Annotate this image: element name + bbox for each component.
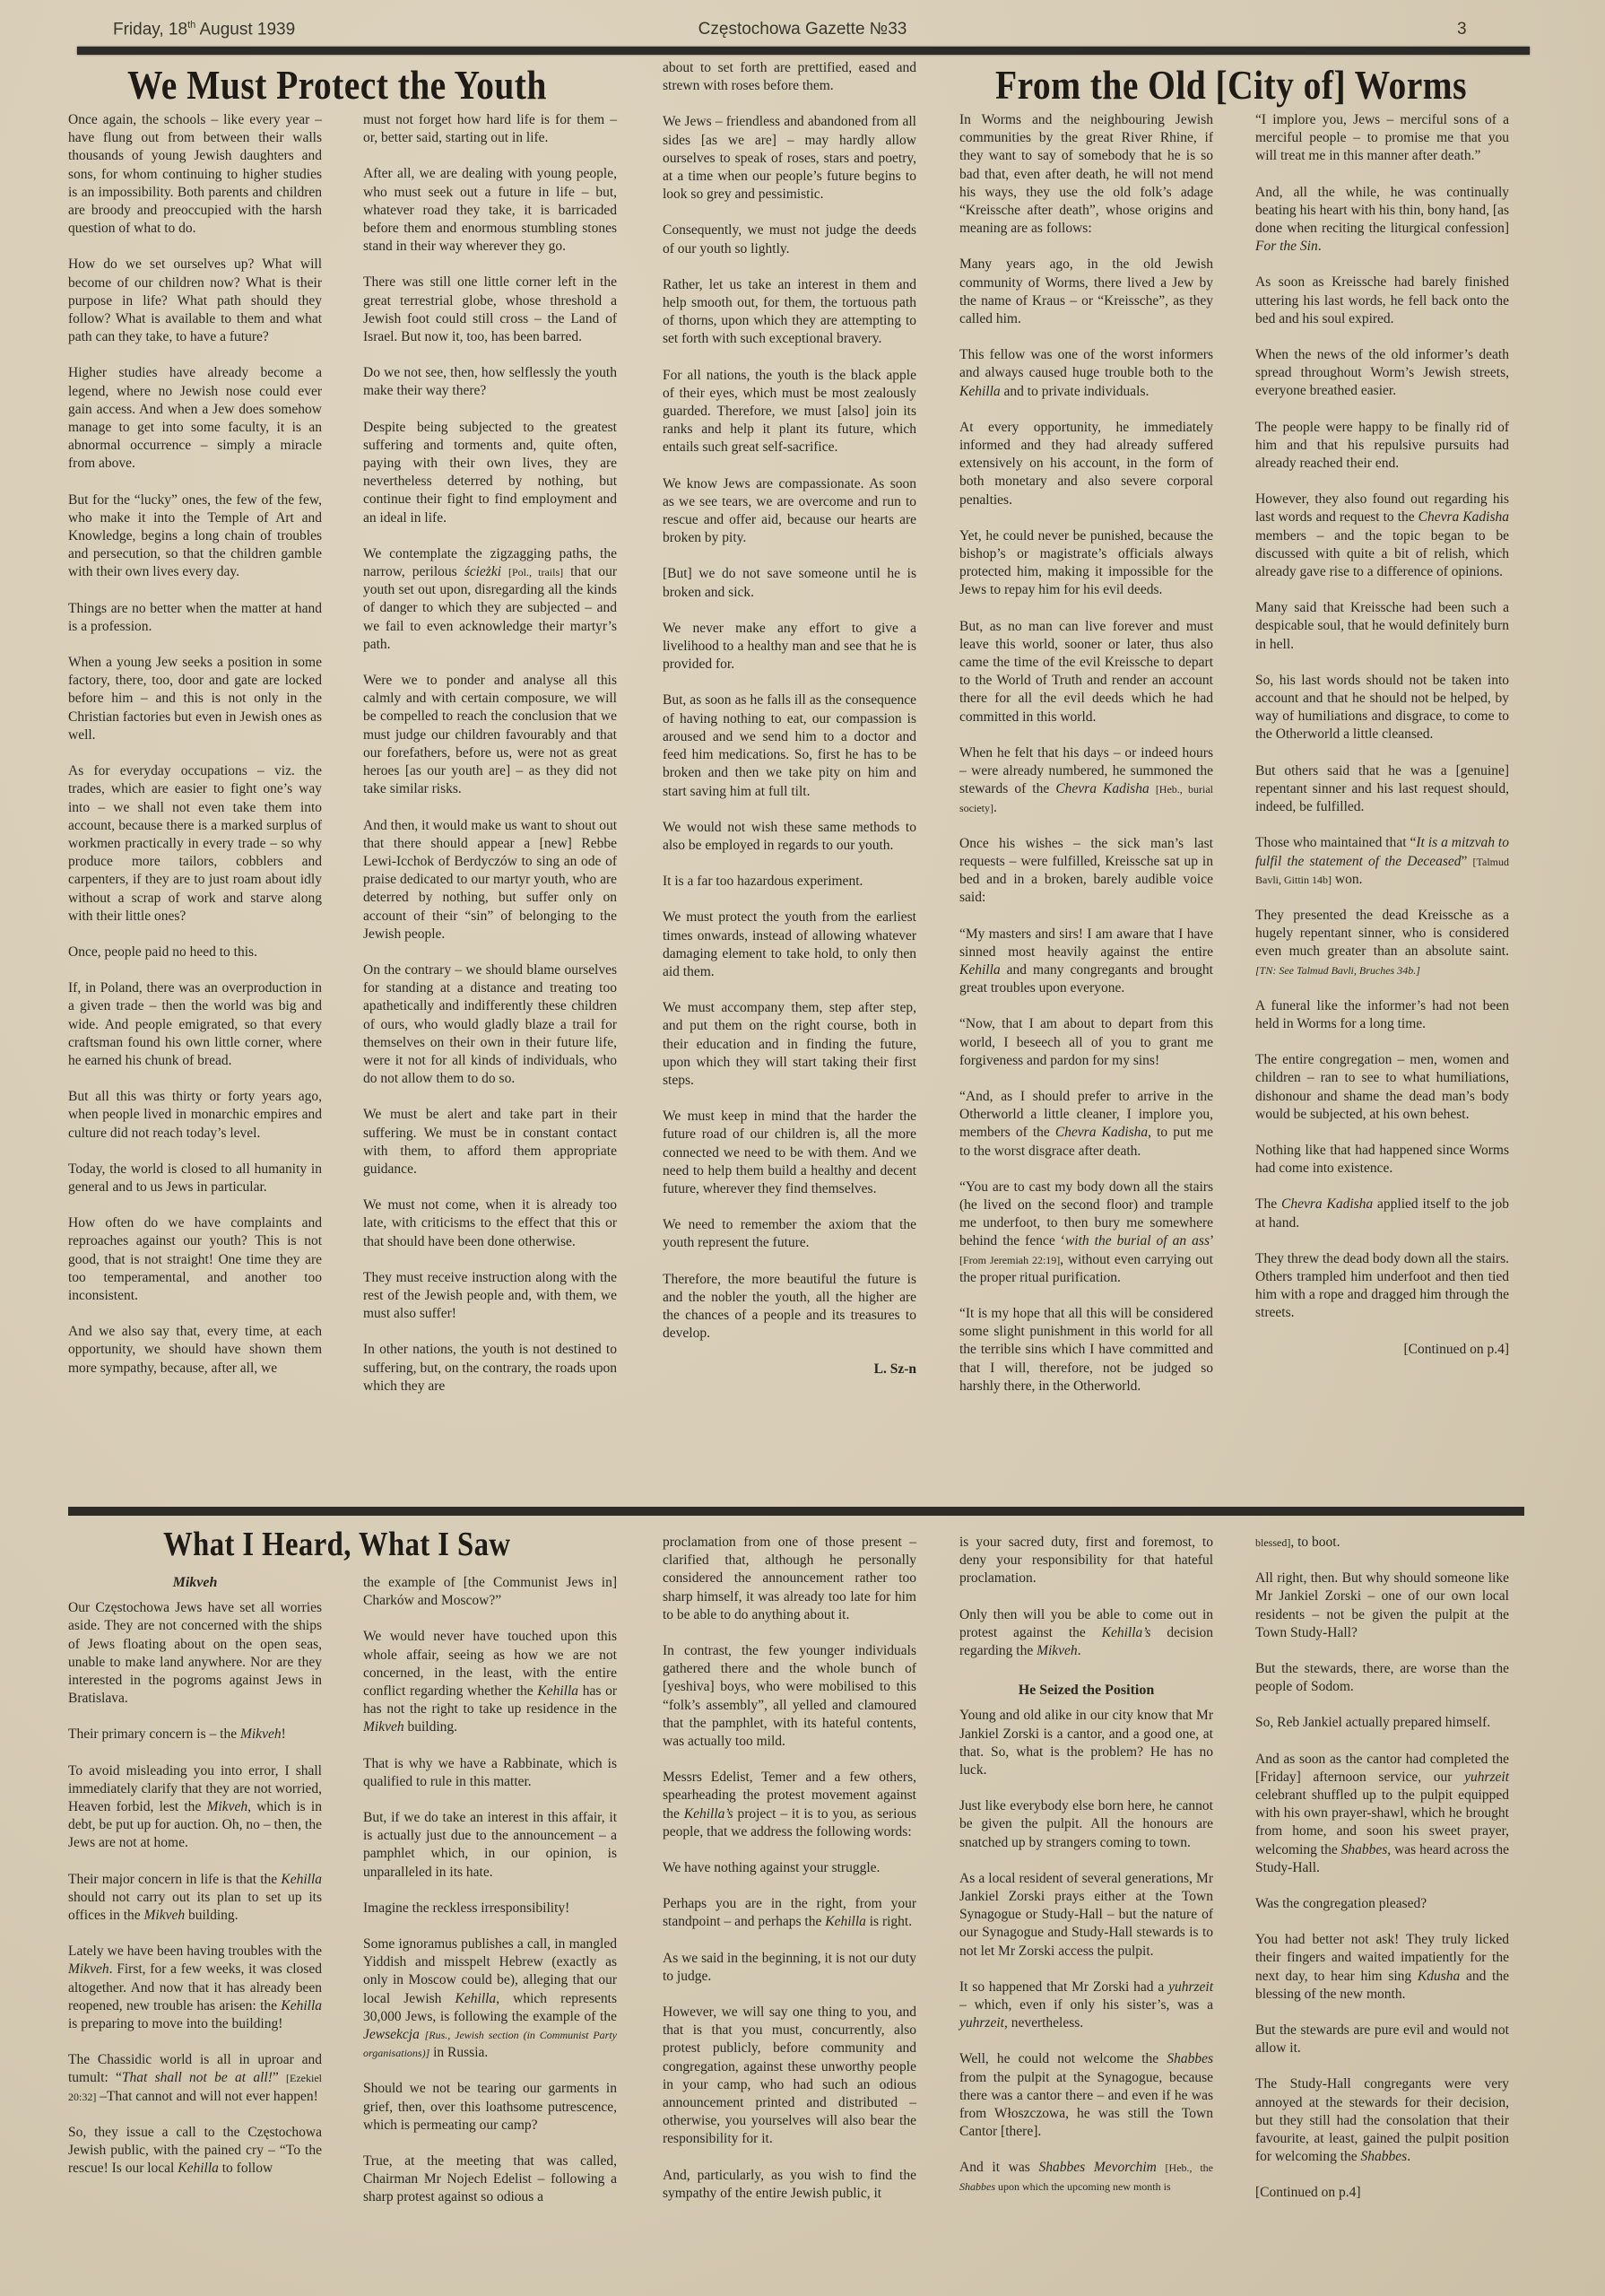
- subheading-mikveh: Mikveh: [68, 1574, 322, 1592]
- publication-name: Częstochowa Gazette №33: [0, 20, 1605, 39]
- paragraph: A funeral like the informer’s had not be…: [1255, 997, 1509, 1033]
- paragraph: Well, he could not welcome the Shabbes f…: [959, 2050, 1213, 2141]
- page-number: 3: [1457, 20, 1467, 39]
- paragraph: When the news of the old informer’s deat…: [1255, 346, 1509, 401]
- subheading-seized-position: He Seized the Position: [959, 1682, 1213, 1700]
- paragraph: They must receive instruction along with…: [363, 1269, 617, 1324]
- paragraph: And, particularly, as you wish to find t…: [663, 2167, 916, 2203]
- paragraph: Imagine the reckless irresponsibility!: [363, 1900, 617, 1918]
- paragraph: Was the congregation pleased?: [1255, 1895, 1509, 1913]
- paragraph: Many said that Kreissche had been such a…: [1255, 599, 1509, 654]
- paragraph: “It is my hope that all this will be con…: [959, 1305, 1213, 1396]
- paragraph: Lately we have been having troubles with…: [68, 1943, 322, 2033]
- paragraph: We must not come, when it is already too…: [363, 1196, 617, 1251]
- paragraph: But for the “lucky” ones, the few of the…: [68, 491, 322, 582]
- heard-column-1: Mikveh Our Częstochowa Jews have set all…: [68, 1574, 322, 2196]
- paragraph: Once again, the schools – like every yea…: [68, 111, 322, 238]
- paragraph: blessed], to boot.: [1255, 1534, 1509, 1552]
- paragraph: And it was Shabbes Mevorchim [Heb., the …: [959, 2159, 1213, 2195]
- paragraph: Nothing like that had happened since Wor…: [1255, 1142, 1509, 1178]
- paragraph: When he felt that his days – or indeed h…: [959, 744, 1213, 817]
- paragraph: But, if we do take an interest in this a…: [363, 1809, 617, 1882]
- article-title-youth: We Must Protect the Youth: [127, 61, 547, 109]
- article-title-heard-saw: What I Heard, What I Saw: [163, 1525, 510, 1564]
- paragraph: Yet, he could never be punished, because…: [959, 527, 1213, 600]
- paragraph: Young and old alike in our city know tha…: [959, 1707, 1213, 1779]
- heard-column-5: blessed], to boot.All right, then. But w…: [1255, 1534, 1509, 2203]
- paragraph: There was still one little corner left i…: [363, 274, 617, 346]
- paragraph: Do we not see, then, how selflessly the …: [363, 364, 617, 400]
- paragraph: That is why we have a Rabbinate, which i…: [363, 1755, 617, 1791]
- paragraph: We Jews – friendless and abandoned from …: [663, 113, 916, 204]
- paragraph: must not forget how hard life is for the…: [363, 111, 617, 147]
- paragraph: But, as no man can live forever and must…: [959, 618, 1213, 726]
- paragraph: Should we not be tearing our garments in…: [363, 2080, 617, 2135]
- paragraph: But, as soon as he falls ill as the cons…: [663, 691, 916, 800]
- paragraph: So, his last words should not be taken i…: [1255, 672, 1509, 744]
- paragraph: True, at the meeting that was called, Ch…: [363, 2152, 617, 2207]
- paragraph: So, they issue a call to the Częstochowa…: [68, 2124, 322, 2179]
- paragraph: We need to remember the axiom that the y…: [663, 1216, 916, 1252]
- heard-column-3: proclamation from one of those present –…: [663, 1534, 916, 2221]
- paragraph: Some ignoramus publishes a call, in mang…: [363, 1935, 617, 2062]
- paragraph: We must protect the youth from the earli…: [663, 909, 916, 981]
- paragraph: As a local resident of several generatio…: [959, 1870, 1213, 1961]
- paragraph: When a young Jew seeks a position in som…: [68, 654, 322, 744]
- paragraph: The Study-Hall congregants were very ann…: [1255, 2075, 1509, 2166]
- heard-column-4: is your sacred duty, first and foremost,…: [959, 1534, 1213, 2213]
- paragraph: We must accompany them, step after step,…: [663, 999, 916, 1090]
- paragraph: The entire congregation – men, women and…: [1255, 1051, 1509, 1124]
- paragraph: But all this was thirty or forty years a…: [68, 1088, 322, 1143]
- paragraph: But others said that he was a [genuine] …: [1255, 762, 1509, 817]
- paragraph: Consequently, we must not judge the deed…: [663, 222, 916, 257]
- paragraph: The Chevra Kadisha applied itself to the…: [1255, 1196, 1509, 1231]
- youth-column-2: must not forget how hard life is for the…: [363, 111, 617, 1413]
- paragraph: And then, it would make us want to shout…: [363, 817, 617, 944]
- paragraph: Messrs Edelist, Temer and a few others, …: [663, 1769, 916, 1841]
- paragraph: “And, as I should prefer to arrive in th…: [959, 1088, 1213, 1161]
- paragraph: So, Reb Jankiel actually prepared himsel…: [1255, 1714, 1509, 1732]
- paragraph: about to set forth are prettified, eased…: [663, 59, 916, 95]
- paragraph: the example of [the Communist Jews in] C…: [363, 1574, 617, 1610]
- paragraph: We know Jews are compassionate. As soon …: [663, 475, 916, 548]
- paragraph: And, all the while, he was continually b…: [1255, 184, 1509, 257]
- paragraph: Once his wishes – the sick man’s last re…: [959, 835, 1213, 908]
- paragraph: And as soon as the cantor had completed …: [1255, 1751, 1509, 1877]
- paragraph: In contrast, the few younger individuals…: [663, 1642, 916, 1751]
- worms-column-1: In Worms and the neighbouring Jewish com…: [959, 111, 1213, 1413]
- continued-note-heard: [Continued on p.4]: [1255, 2184, 1509, 2202]
- paragraph: On the contrary – we should blame oursel…: [363, 961, 617, 1088]
- page-header: Friday, 18th August 1939 Częstochowa Gaz…: [0, 20, 1605, 47]
- paragraph: But the stewards, there, are worse than …: [1255, 1660, 1509, 1696]
- section-divider-rule: [68, 1507, 1524, 1516]
- worms-column-2: “I implore you, Jews – merciful sons of …: [1255, 111, 1509, 1359]
- paragraph: proclamation from one of those present –…: [663, 1534, 916, 1624]
- paragraph: The Chassidic world is all in uproar and…: [68, 2051, 322, 2106]
- paragraph: As we said in the beginning, it is not o…: [663, 1950, 916, 1986]
- paragraph: We would never have touched upon this wh…: [363, 1628, 617, 1736]
- paragraph: Despite being subjected to the greatest …: [363, 419, 617, 527]
- paragraph: But the stewards are pure evil and would…: [1255, 2022, 1509, 2057]
- paragraph: They presented the dead Kreissche as a h…: [1255, 907, 1509, 979]
- paragraph: However, they also found out regarding h…: [1255, 491, 1509, 581]
- youth-column-1: Once again, the schools – like every yea…: [68, 111, 322, 1396]
- paragraph: “Now, that I am about to depart from thi…: [959, 1015, 1213, 1070]
- paragraph: Things are no better when the matter at …: [68, 600, 322, 636]
- paragraph: Our Częstochowa Jews have set all worrie…: [68, 1599, 322, 1708]
- paragraph: You had better not ask! They truly licke…: [1255, 1931, 1509, 2004]
- paragraph: To avoid misleading you into error, I sh…: [68, 1762, 322, 1853]
- paragraph: And we also say that, every time, at eac…: [68, 1323, 322, 1378]
- paragraph: They threw the dead body down all the st…: [1255, 1250, 1509, 1323]
- paragraph: Were we to ponder and analyse all this c…: [363, 672, 617, 798]
- paragraph: “My masters and sirs! I am aware that I …: [959, 926, 1213, 998]
- header-rule: [77, 47, 1530, 55]
- paragraph: In Worms and the neighbouring Jewish com…: [959, 111, 1213, 238]
- paragraph: This fellow was one of the worst informe…: [959, 346, 1213, 401]
- paragraph: How do we set ourselves up? What will be…: [68, 256, 322, 346]
- paragraph: For all nations, the youth is the black …: [663, 367, 916, 457]
- paragraph: Their major concern in life is that the …: [68, 1871, 322, 1926]
- paragraph: It so happened that Mr Zorski had a yuhr…: [959, 1979, 1213, 2033]
- paragraph: Today, the world is closed to all humani…: [68, 1161, 322, 1196]
- paragraph: Once, people paid no heed to this.: [68, 944, 322, 961]
- paragraph: Only then will you be able to come out i…: [959, 1606, 1213, 1661]
- paragraph: We never make any effort to give a livel…: [663, 620, 916, 674]
- paragraph: After all, we are dealing with young peo…: [363, 165, 617, 256]
- paragraph: As for everyday occupations – viz. the t…: [68, 762, 322, 926]
- paragraph: “I implore you, Jews – merciful sons of …: [1255, 111, 1509, 166]
- paragraph: Many years ago, in the old Jewish commun…: [959, 256, 1213, 328]
- paragraph: If, in Poland, there was an overproducti…: [68, 979, 322, 1070]
- paragraph: is your sacred duty, first and foremost,…: [959, 1534, 1213, 1588]
- paragraph: We must be alert and take part in their …: [363, 1106, 617, 1178]
- paragraph: It is a far too hazardous experiment.: [663, 873, 916, 891]
- paragraph: Rather, let us take an interest in them …: [663, 276, 916, 349]
- continued-note-worms: [Continued on p.4]: [1255, 1341, 1509, 1359]
- paragraph: In other nations, the youth is not desti…: [363, 1341, 617, 1396]
- paragraph: However, we will say one thing to you, a…: [663, 2004, 916, 2149]
- paragraph: [But] we do not save someone until he is…: [663, 565, 916, 601]
- paragraph: At every opportunity, he immediately inf…: [959, 419, 1213, 509]
- heard-column-2: the example of [the Communist Jews in] C…: [363, 1574, 617, 2225]
- article-signature: L. Sz-n: [663, 1361, 916, 1378]
- article-title-worms: From the Old [City of] Worms: [995, 61, 1467, 109]
- paragraph: Higher studies have already become a leg…: [68, 364, 322, 473]
- paragraph: Just like everybody else born here, he c…: [959, 1797, 1213, 1852]
- paragraph: Those who maintained that “It is a mitzv…: [1255, 834, 1509, 889]
- paragraph: Their primary concern is – the Mikveh!: [68, 1726, 322, 1744]
- paragraph: Perhaps you are in the right, from your …: [663, 1895, 916, 1931]
- paragraph: We would not wish these same methods to …: [663, 819, 916, 855]
- youth-column-3: about to set forth are prettified, eased…: [663, 59, 916, 1379]
- paragraph: As soon as Kreissche had barely finished…: [1255, 274, 1509, 328]
- paragraph: The people were happy to be finally rid …: [1255, 419, 1509, 474]
- paragraph: “You are to cast my body down all the st…: [959, 1178, 1213, 1287]
- paragraph: How often do we have complaints and repr…: [68, 1214, 322, 1305]
- paragraph: All right, then. But why should someone …: [1255, 1570, 1509, 1642]
- paragraph: We must keep in mind that the harder the…: [663, 1108, 916, 1198]
- paragraph: Therefore, the more beautiful the future…: [663, 1271, 916, 1344]
- paragraph: We have nothing against your struggle.: [663, 1859, 916, 1877]
- paragraph: We contemplate the zigzagging paths, the…: [363, 545, 617, 654]
